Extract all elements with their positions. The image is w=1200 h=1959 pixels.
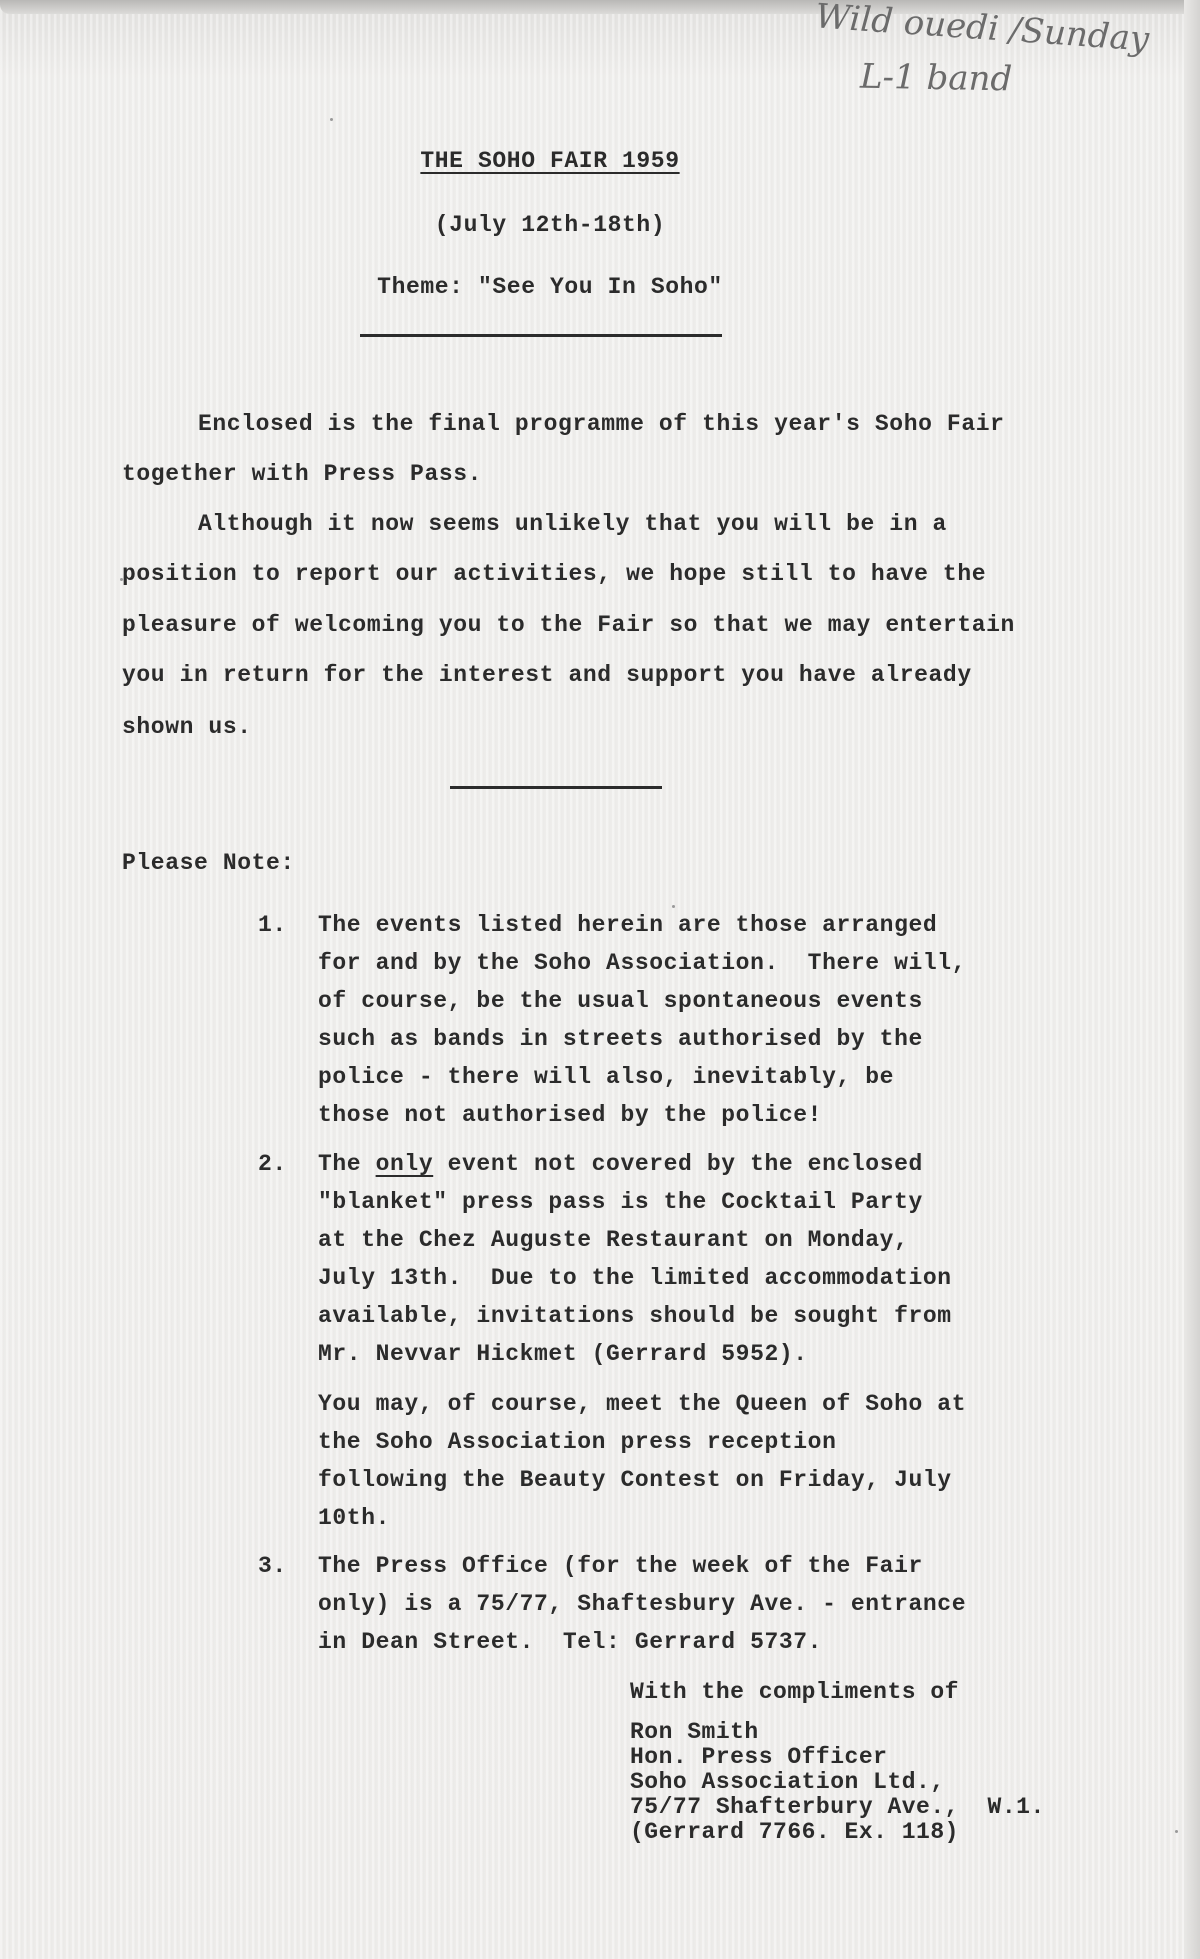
intro-line: together with Press Pass. — [122, 461, 482, 487]
note-line: for and by the Soho Association. There w… — [318, 950, 966, 976]
notes-heading: Please Note: — [122, 850, 295, 876]
note-line: The events listed herein are those arran… — [318, 912, 937, 938]
note-line: the Soho Association press reception — [318, 1429, 836, 1455]
note-line: of course, be the usual spontaneous even… — [318, 988, 923, 1014]
signature-phone: (Gerrard 7766. Ex. 118) — [630, 1820, 959, 1845]
note-line-pre: The — [318, 1151, 376, 1177]
paper-speck — [120, 578, 123, 581]
note-line: July 13th. Due to the limited accommodat… — [318, 1265, 952, 1291]
note-line: such as bands in streets authorised by t… — [318, 1026, 923, 1052]
note-line: "blanket" press pass is the Cocktail Par… — [318, 1189, 923, 1215]
signature-organisation: Soho Association Ltd., — [630, 1770, 945, 1795]
note-number: 1. — [258, 912, 287, 938]
emphasis-only: only — [376, 1151, 434, 1177]
compliments-line: With the compliments of — [630, 1680, 959, 1705]
note-number: 3. — [258, 1553, 287, 1579]
note-line: Mr. Nevvar Hickmet (Gerrard 5952). — [318, 1341, 808, 1367]
intro-line: you in return for the interest and suppo… — [122, 662, 972, 688]
note-line: following the Beauty Contest on Friday, … — [318, 1467, 952, 1493]
paper-speck — [672, 905, 675, 908]
note-line: The Press Office (for the week of the Fa… — [318, 1553, 923, 1579]
paper-speck — [1175, 1830, 1178, 1833]
handwritten-note-line-2: L-1 band — [860, 57, 1013, 100]
note-line: You may, of course, meet the Queen of So… — [318, 1391, 966, 1417]
header-divider — [360, 334, 722, 337]
intro-line: Although it now seems unlikely that you … — [198, 511, 947, 537]
intro-line: position to report our activities, we ho… — [122, 561, 986, 587]
intro-line: shown us. — [122, 714, 252, 740]
note-line: 10th. — [318, 1505, 390, 1531]
note-line: The only event not covered by the enclos… — [318, 1151, 923, 1177]
page-right-edge — [1184, 0, 1200, 1959]
fair-theme: Theme: "See You In Soho" — [0, 274, 1100, 300]
note-number: 2. — [258, 1151, 287, 1177]
signature-name: Ron Smith — [630, 1720, 759, 1745]
section-divider — [450, 786, 662, 789]
note-line: in Dean Street. Tel: Gerrard 5737. — [318, 1629, 822, 1655]
note-line: only) is a 75/77, Shaftesbury Ave. - ent… — [318, 1591, 966, 1617]
note-line-post: event not covered by the enclosed — [433, 1151, 923, 1177]
note-line: available, invitations should be sought … — [318, 1303, 952, 1329]
paper-speck — [330, 118, 333, 121]
note-line: those not authorised by the police! — [318, 1102, 822, 1128]
note-line: at the Chez Auguste Restaurant on Monday… — [318, 1227, 909, 1253]
note-line: police - there will also, inevitably, be — [318, 1064, 894, 1090]
document-title: THE SOHO FAIR 1959 — [0, 148, 1100, 174]
signature-title: Hon. Press Officer — [630, 1745, 887, 1770]
fair-dates: (July 12th-18th) — [0, 212, 1100, 238]
signature-address: 75/77 Shafterbury Ave., W.1. — [630, 1795, 1045, 1820]
intro-line: Enclosed is the final programme of this … — [198, 411, 1005, 437]
intro-line: pleasure of welcoming you to the Fair so… — [122, 612, 1015, 638]
